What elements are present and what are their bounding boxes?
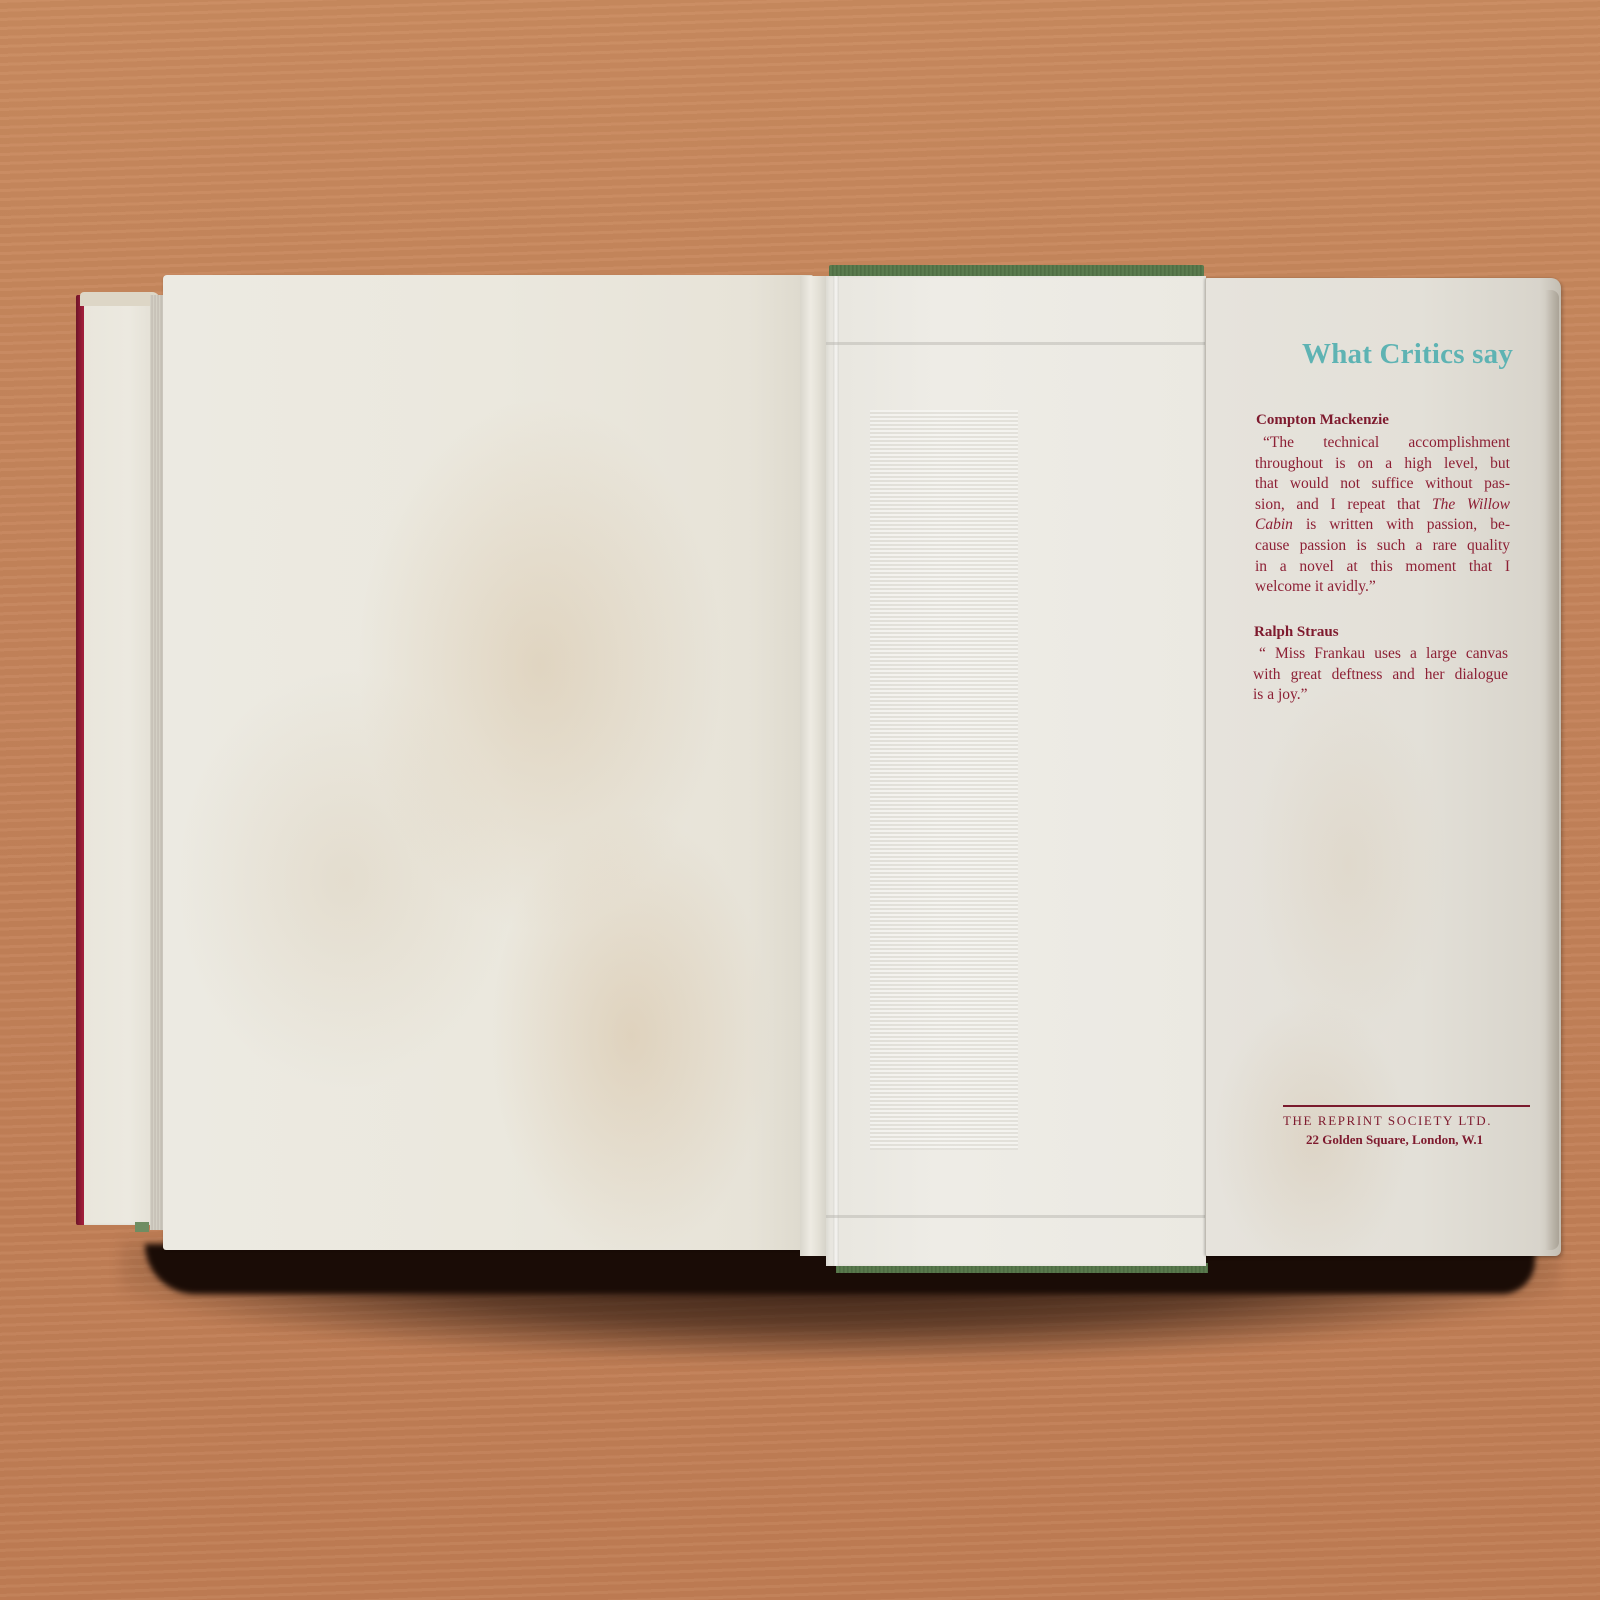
quote-line: Cabin is written with passion, be- bbox=[1255, 515, 1510, 536]
quote-line: in a novel at this moment that I bbox=[1255, 557, 1510, 578]
book-title-italic: The Willow bbox=[1432, 496, 1510, 513]
quote-line: “The technical accomplishment bbox=[1255, 433, 1510, 454]
publisher-name: THE REPRINT SOCIETY LTD. bbox=[1283, 1113, 1533, 1129]
book-gutter bbox=[800, 276, 826, 1256]
dust-jacket-flap-worn-edge bbox=[1545, 290, 1559, 1250]
book-title-italic: Cabin bbox=[1255, 516, 1293, 533]
quote-fragment: is written with passion, be- bbox=[1306, 516, 1510, 533]
critic-quote: “The technical accomplishment throughout… bbox=[1255, 433, 1510, 598]
left-endpaper-page bbox=[163, 275, 813, 1250]
quote-line: throughout is on a high level, but bbox=[1255, 454, 1510, 475]
quote-line: sion, and I repeat that The Willow bbox=[1255, 495, 1510, 516]
ribbed-paper-texture bbox=[870, 410, 1018, 1150]
pastedown-fold-line-top bbox=[826, 342, 1206, 345]
quote-line: “ Miss Frankau uses a large canvas bbox=[1253, 644, 1508, 665]
pastedown-fold-line-bottom bbox=[826, 1215, 1206, 1218]
left-cover-board bbox=[84, 295, 159, 1225]
publisher-divider-rule bbox=[1283, 1105, 1530, 1107]
publisher-address: 22 Golden Square, London, W.1 bbox=[1306, 1132, 1526, 1148]
hinge-crease bbox=[833, 276, 839, 1266]
headband-green bbox=[135, 1222, 149, 1232]
quote-line: that would not suffice without pas- bbox=[1255, 474, 1510, 495]
quote-line: welcome it avidly.” bbox=[1255, 577, 1510, 598]
left-cover-torn-corner bbox=[80, 292, 160, 306]
quote-line: with great deftness and her dialogue bbox=[1253, 665, 1508, 686]
critic-name: Compton Mackenzie bbox=[1256, 412, 1389, 429]
quote-fragment: sion, and I repeat that bbox=[1255, 496, 1432, 513]
critics-title: What Critics say bbox=[1302, 338, 1513, 371]
quote-line: cause passion is such a rare quality bbox=[1255, 536, 1510, 557]
critic-quote: “ Miss Frankau uses a large canvas with … bbox=[1253, 644, 1508, 706]
quote-line: is a joy.” bbox=[1253, 685, 1508, 706]
critic-name: Ralph Straus bbox=[1254, 624, 1339, 641]
